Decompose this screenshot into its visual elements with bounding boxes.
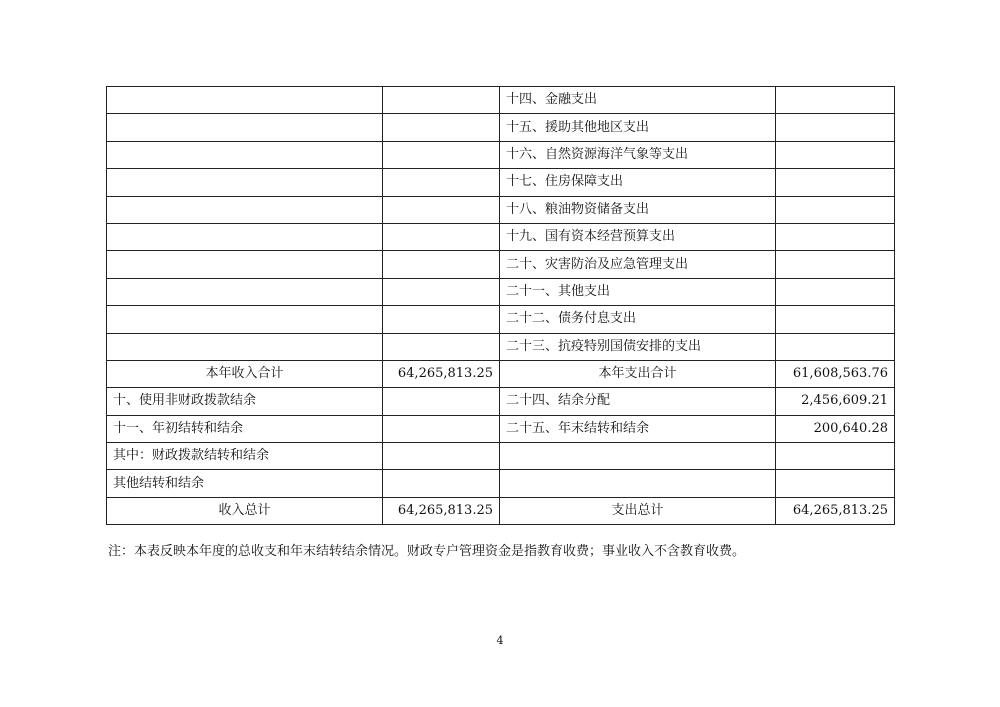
- table-row: 二十、灾害防治及应急管理支出: [107, 251, 895, 278]
- income-amount-cell: [383, 278, 500, 305]
- table-footnote: 注：本表反映本年度的总收支和年末结转结余情况。财政专户管理资金是指教育收费；事业…: [108, 540, 745, 559]
- table-row: 十九、国有资本经营预算支出: [107, 223, 895, 250]
- expense-item-cell: 二十五、年末结转和结余: [500, 415, 776, 442]
- income-amount-cell: [383, 333, 500, 360]
- expense-item-cell: 十六、自然资源海洋气象等支出: [500, 141, 776, 168]
- income-item-cell: [107, 196, 383, 223]
- expense-amount-cell: [776, 141, 895, 168]
- expense-item-cell: 十七、住房保障支出: [500, 169, 776, 196]
- expense-amount-cell: [776, 87, 895, 114]
- expense-item-cell: 二十一、其他支出: [500, 278, 776, 305]
- expense-amount-cell: 200,640.28: [776, 415, 895, 442]
- income-item-cell: [107, 169, 383, 196]
- table-row: 其他结转和结余: [107, 470, 895, 497]
- income-item-cell: 其他结转和结余: [107, 470, 383, 497]
- income-expense-table: 十四、金融支出 十五、援助其他地区支出 十六、自然资源海洋气象等支出 十七、住房…: [106, 86, 895, 525]
- income-amount-cell: [383, 415, 500, 442]
- income-subtotal-amount: 64,265,813.25: [383, 360, 500, 387]
- expense-subtotal-amount: 61,608,563.76: [776, 360, 895, 387]
- income-item-cell: 其中：财政拨款结转和结余: [107, 443, 383, 470]
- income-amount-cell: [383, 114, 500, 141]
- income-amount-cell: [383, 223, 500, 250]
- table-row: 二十二、债务付息支出: [107, 306, 895, 333]
- income-amount-cell: [383, 251, 500, 278]
- expense-item-cell: 十八、粮油物资储备支出: [500, 196, 776, 223]
- table-row: 其中：财政拨款结转和结余: [107, 443, 895, 470]
- income-item-cell: [107, 223, 383, 250]
- table-row: 十一、年初结转和结余 二十五、年末结转和结余 200,640.28: [107, 415, 895, 442]
- expense-item-cell: 十四、金融支出: [500, 87, 776, 114]
- expense-amount-cell: [776, 278, 895, 305]
- expense-item-cell: 十五、援助其他地区支出: [500, 114, 776, 141]
- document-page: 十四、金融支出 十五、援助其他地区支出 十六、自然资源海洋气象等支出 十七、住房…: [0, 0, 1000, 707]
- income-amount-cell: [383, 443, 500, 470]
- income-item-cell: 十一、年初结转和结余: [107, 415, 383, 442]
- expense-amount-cell: 2,456,609.21: [776, 388, 895, 415]
- income-item-cell: [107, 333, 383, 360]
- income-item-cell: [107, 114, 383, 141]
- income-amount-cell: [383, 141, 500, 168]
- expense-amount-cell: [776, 443, 895, 470]
- expense-amount-cell: [776, 169, 895, 196]
- expense-item-cell: 二十四、结余分配: [500, 388, 776, 415]
- expense-amount-cell: [776, 223, 895, 250]
- income-amount-cell: [383, 87, 500, 114]
- income-item-cell: [107, 141, 383, 168]
- table-row: 二十一、其他支出: [107, 278, 895, 305]
- income-amount-cell: [383, 306, 500, 333]
- expense-item-cell: 十九、国有资本经营预算支出: [500, 223, 776, 250]
- expense-total-label: 支出总计: [500, 497, 776, 524]
- expense-item-cell: 二十二、债务付息支出: [500, 306, 776, 333]
- table-row: 十四、金融支出: [107, 87, 895, 114]
- income-item-cell: [107, 306, 383, 333]
- income-item-cell: 十、使用非财政拨款结余: [107, 388, 383, 415]
- income-amount-cell: [383, 388, 500, 415]
- expense-item-cell: 二十三、抗疫特别国债安排的支出: [500, 333, 776, 360]
- income-total-amount: 64,265,813.25: [383, 497, 500, 524]
- income-item-cell: [107, 278, 383, 305]
- table-row: 十七、住房保障支出: [107, 169, 895, 196]
- table-row: 十五、援助其他地区支出: [107, 114, 895, 141]
- income-item-cell: [107, 87, 383, 114]
- expense-subtotal-label: 本年支出合计: [500, 360, 776, 387]
- table-row: 十、使用非财政拨款结余 二十四、结余分配 2,456,609.21: [107, 388, 895, 415]
- table-row: 十六、自然资源海洋气象等支出: [107, 141, 895, 168]
- expense-amount-cell: [776, 196, 895, 223]
- expense-amount-cell: [776, 333, 895, 360]
- expense-amount-cell: [776, 251, 895, 278]
- income-amount-cell: [383, 196, 500, 223]
- table-row-year-subtotal: 本年收入合计 64,265,813.25 本年支出合计 61,608,563.7…: [107, 360, 895, 387]
- income-total-label: 收入总计: [107, 497, 383, 524]
- table-row: 二十三、抗疫特别国债安排的支出: [107, 333, 895, 360]
- expense-total-amount: 64,265,813.25: [776, 497, 895, 524]
- table-row-grand-total: 收入总计 64,265,813.25 支出总计 64,265,813.25: [107, 497, 895, 524]
- page-number: 4: [0, 634, 1000, 647]
- expense-amount-cell: [776, 470, 895, 497]
- table-row: 十八、粮油物资储备支出: [107, 196, 895, 223]
- income-item-cell: [107, 251, 383, 278]
- income-amount-cell: [383, 169, 500, 196]
- expense-amount-cell: [776, 306, 895, 333]
- expense-item-cell: [500, 470, 776, 497]
- expense-item-cell: 二十、灾害防治及应急管理支出: [500, 251, 776, 278]
- expense-item-cell: [500, 443, 776, 470]
- income-amount-cell: [383, 470, 500, 497]
- income-subtotal-label: 本年收入合计: [107, 360, 383, 387]
- expense-amount-cell: [776, 114, 895, 141]
